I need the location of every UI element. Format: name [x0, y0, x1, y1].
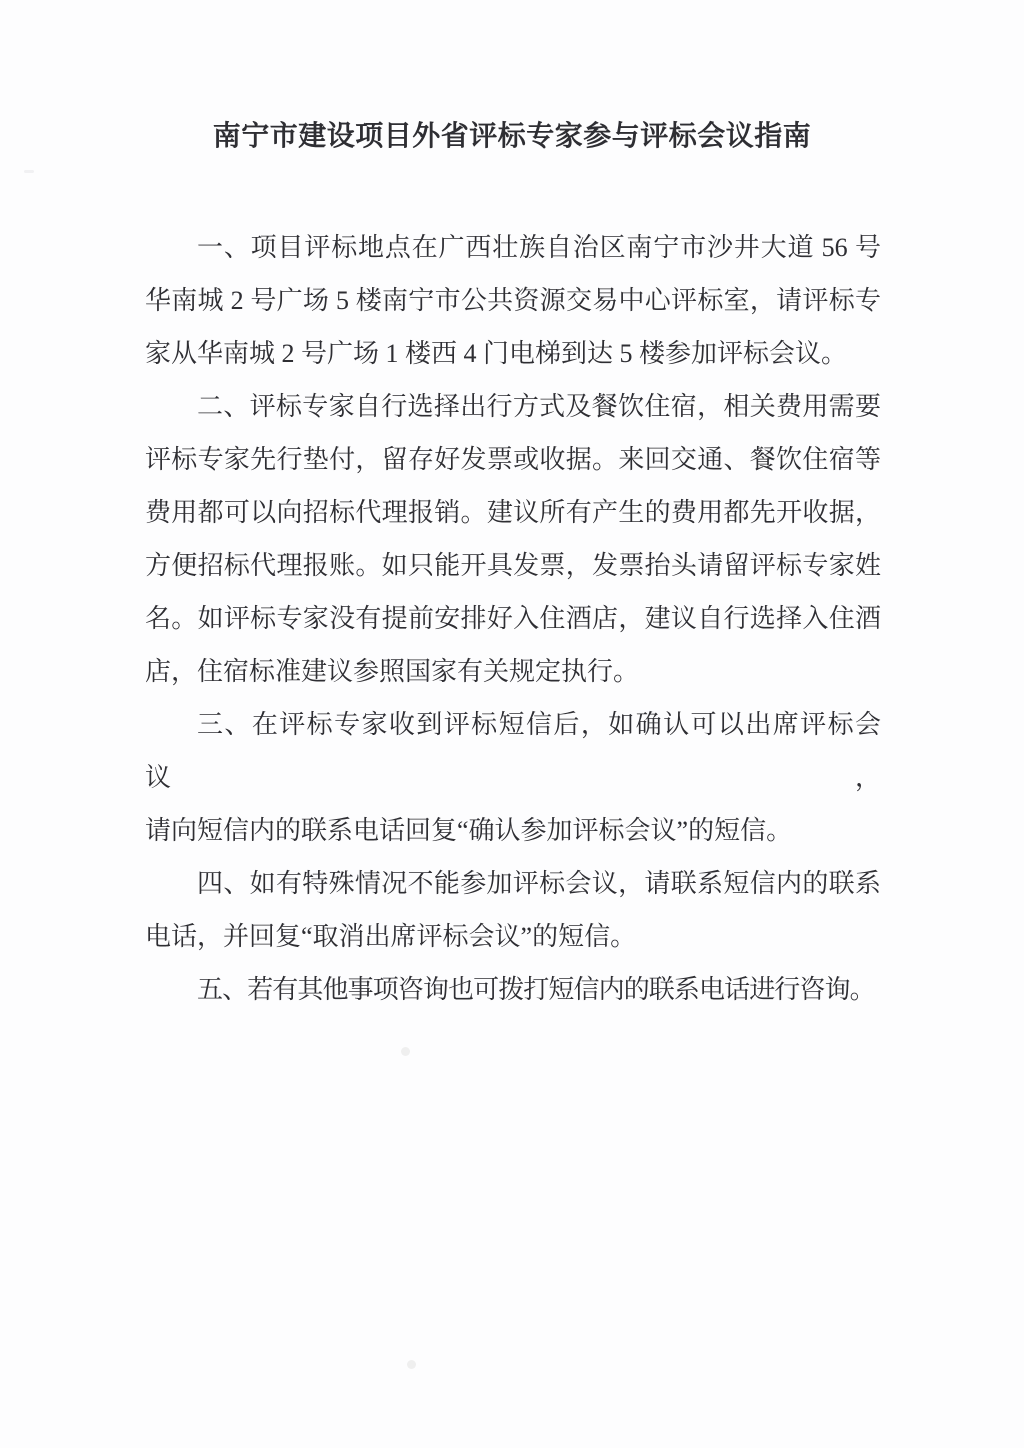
- document-body: 一、项目评标地点在广西壮族自治区南宁市沙井大道 56 号 华南城 2 号广场 5…: [145, 221, 881, 1016]
- scan-artifact: [24, 170, 34, 173]
- paragraph-4: 四、如有特殊情况不能参加评标会议，请联系短信内的联系 电话，并回复“取消出席评标…: [145, 857, 881, 963]
- scanned-document-page: 南宁市建设项目外省评标专家参与评标会议指南 一、项目评标地点在广西壮族自治区南宁…: [0, 0, 1024, 1448]
- text-line: 二、评标专家自行选择出行方式及餐饮住宿，相关费用需要: [145, 380, 881, 433]
- paragraph-5: 五、若有其他事项咨询也可拨打短信内的联系电话进行咨询。: [145, 963, 881, 1016]
- text-line: 费用都可以向招标代理报销。建议所有产生的费用都先开收据，: [145, 486, 881, 539]
- text-line: 家从华南城 2 号广场 1 楼西 4 门电梯到达 5 楼参加评标会议。: [145, 327, 881, 380]
- text-line: 电话，并回复“取消出席评标会议”的短信。: [145, 910, 881, 963]
- text-line: 四、如有特殊情况不能参加评标会议，请联系短信内的联系: [145, 857, 881, 910]
- paragraph-1: 一、项目评标地点在广西壮族自治区南宁市沙井大道 56 号 华南城 2 号广场 5…: [145, 221, 881, 380]
- document-title: 南宁市建设项目外省评标专家参与评标会议指南: [0, 0, 1024, 157]
- text-line: 评标专家先行垫付，留存好发票或收据。来回交通、餐饮住宿等: [145, 433, 881, 486]
- paragraph-2: 二、评标专家自行选择出行方式及餐饮住宿，相关费用需要 评标专家先行垫付，留存好发…: [145, 380, 881, 698]
- text-line: 一、项目评标地点在广西壮族自治区南宁市沙井大道 56 号: [145, 221, 881, 274]
- text-line: 五、若有其他事项咨询也可拨打短信内的联系电话进行咨询。: [145, 963, 881, 1016]
- text-line: 方便招标代理报账。如只能开具发票，发票抬头请留评标专家姓: [145, 539, 881, 592]
- text-line: 店，住宿标准建议参照国家有关规定执行。: [145, 645, 881, 698]
- text-line: 请向短信内的联系电话回复“确认参加评标会议”的短信。: [145, 804, 881, 857]
- text-line: 名。如评标专家没有提前安排好入住酒店，建议自行选择入住酒: [145, 592, 881, 645]
- text-line: 三、在评标专家收到评标短信后，如确认可以出席评标会议，: [145, 698, 881, 804]
- scan-artifact: [401, 1047, 410, 1056]
- text-line: 华南城 2 号广场 5 楼南宁市公共资源交易中心评标室，请评标专: [145, 274, 881, 327]
- paragraph-3: 三、在评标专家收到评标短信后，如确认可以出席评标会议， 请向短信内的联系电话回复…: [145, 698, 881, 857]
- scan-artifact: [407, 1360, 416, 1369]
